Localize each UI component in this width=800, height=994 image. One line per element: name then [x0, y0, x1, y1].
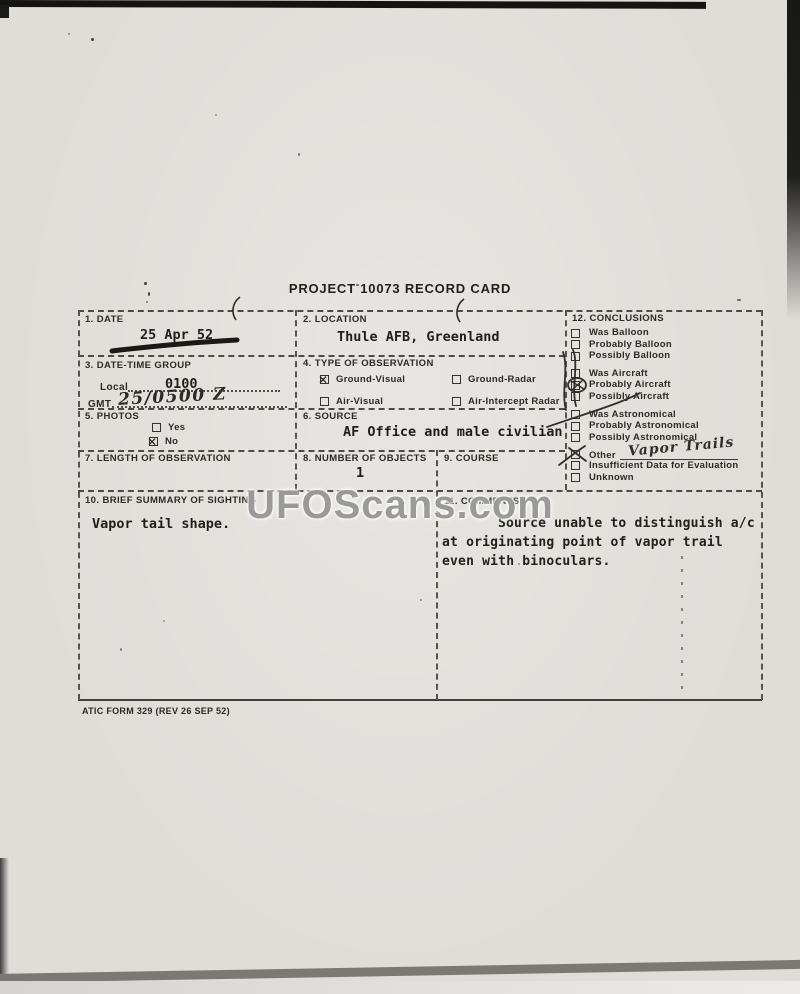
summary-value: Vapor tail shape. [92, 516, 230, 534]
column-divider [295, 310, 297, 490]
speckle [163, 620, 165, 622]
checkbox-icon [571, 422, 580, 431]
row-divider [78, 450, 565, 452]
option-label: Yes [168, 423, 185, 433]
option-label: Air-Visual [336, 397, 383, 407]
row-divider [78, 408, 565, 410]
speckle [420, 599, 422, 601]
photos-option-no: No [149, 437, 178, 447]
conclusions-label: 12. CONCLUSIONS [572, 314, 664, 325]
option-label: Probably Aircraft [589, 380, 671, 390]
speckle [91, 38, 94, 41]
source-label: 6. SOURCE [303, 412, 358, 423]
comments-value: Source unable to distinguish a/c at orig… [442, 514, 762, 571]
option-label: Unknown [589, 473, 634, 483]
comments-label: 11. COMMENTS [444, 497, 520, 508]
checkbox-icon [152, 423, 161, 432]
observation-option-air-visual: Air-Visual [320, 397, 383, 407]
scan-right-edge-shadow [787, 0, 800, 320]
checkbox-checked-icon [149, 437, 158, 446]
checkbox-icon [571, 340, 580, 349]
scan-dotted-artifact [681, 556, 683, 696]
conclusion-possibly-balloon: Possibly Balloon [571, 351, 759, 363]
option-label: Air-Intercept Radar [468, 397, 560, 407]
photos-option-yes: Yes [152, 423, 185, 433]
checkbox-icon [571, 369, 580, 378]
summary-label: 10. BRIEF SUMMARY OF SIGHTING [85, 496, 257, 507]
checkbox-icon [571, 433, 580, 442]
scanned-document-page: { "page": { "title": "PROJECT 10073 RECO… [0, 0, 800, 994]
checkbox-icon [571, 450, 580, 459]
conclusion-insufficient-data: Insufficient Data for Evaluation [571, 461, 759, 473]
column-divider [565, 310, 567, 490]
other-blank-line: Vapor Trails [620, 449, 738, 460]
conclusion-was-balloon: Was Balloon [571, 328, 759, 340]
location-label: 2. LOCATION [303, 315, 367, 326]
speckle [737, 299, 741, 301]
dtg-gmt-label: GMT [88, 399, 111, 411]
option-label: Probably Balloon [589, 340, 672, 350]
option-label: Was Astronomical [589, 410, 676, 420]
scan-bottom-background [0, 981, 800, 994]
conclusion-unknown: Unknown [571, 473, 759, 485]
paren-mark [233, 297, 240, 320]
other-line: Other Vapor Trails [589, 449, 738, 460]
checkbox-icon [571, 473, 580, 482]
dtg-label: 3. DATE-TIME GROUP [85, 361, 191, 372]
checkbox-icon [452, 397, 461, 406]
scan-corner-mark [0, 5, 9, 18]
conclusions-list: Was Balloon Probably Balloon Possibly Ba… [571, 328, 759, 484]
observation-option-air-intercept-radar: Air-Intercept Radar [452, 397, 560, 407]
option-label: Was Balloon [589, 328, 649, 338]
objects-value: 1 [356, 465, 364, 483]
column-divider [436, 450, 438, 700]
option-label: Ground-Visual [336, 375, 405, 385]
course-label: 9. COURSE [444, 454, 499, 465]
option-label: Other [589, 451, 616, 461]
option-label: Was Aircraft [589, 369, 648, 379]
speckle [68, 33, 70, 35]
source-value: AF Office and male civilian [343, 424, 562, 442]
option-label: Possibly Balloon [589, 351, 670, 361]
card-border-left [78, 310, 80, 700]
speckle [146, 301, 148, 303]
date-value: 25 Apr 52 [140, 327, 213, 345]
photos-label: 5. PHOTOS [85, 412, 139, 423]
scan-left-edge-shadow [0, 858, 9, 986]
option-label: Possibly Aircraft [589, 392, 669, 402]
option-label: Probably Astronomical [589, 421, 699, 431]
option-label: Insufficient Data for Evaluation [589, 461, 738, 471]
checkbox-icon [452, 375, 461, 384]
row-divider [78, 490, 762, 492]
card-title: PROJECT 10073 RECORD CARD [0, 281, 800, 296]
speckle [120, 648, 122, 651]
scan-top-black-bar [0, 0, 706, 9]
checkbox-icon [571, 329, 580, 338]
card-border-right [761, 310, 763, 700]
option-label: No [165, 437, 178, 447]
checkbox-icon [571, 352, 580, 361]
checkbox-icon [571, 381, 580, 390]
speckle [298, 153, 300, 156]
date-label: 1. DATE [85, 315, 124, 326]
objects-label: 8. NUMBER OF OBJECTS [303, 454, 427, 465]
conclusion-possibly-aircraft: Possibly Aircraft [571, 392, 759, 404]
conclusion-probably-astronomical: Probably Astronomical [571, 421, 759, 433]
length-label: 7. LENGTH OF OBSERVATION [85, 454, 231, 465]
observation-option-ground-radar: Ground-Radar [452, 375, 536, 385]
location-value: Thule AFB, Greenland [337, 329, 500, 347]
checkbox-icon [571, 461, 580, 470]
scan-bottom-edge-strip [0, 960, 800, 983]
speckle [215, 114, 217, 116]
observation-option-ground-visual: Ground-Visual [320, 375, 405, 385]
checkbox-checked-icon [320, 375, 329, 384]
observation-label: 4. TYPE OF OBSERVATION [303, 359, 434, 370]
option-label: Ground-Radar [468, 375, 536, 385]
card-border-bottom [78, 699, 762, 701]
checkbox-icon [320, 397, 329, 406]
card-border-top [78, 310, 762, 312]
row-divider [78, 355, 565, 357]
checkbox-icon [571, 392, 580, 401]
form-footer: ATIC FORM 329 (REV 26 SEP 52) [82, 706, 230, 716]
checkbox-icon [571, 410, 580, 419]
